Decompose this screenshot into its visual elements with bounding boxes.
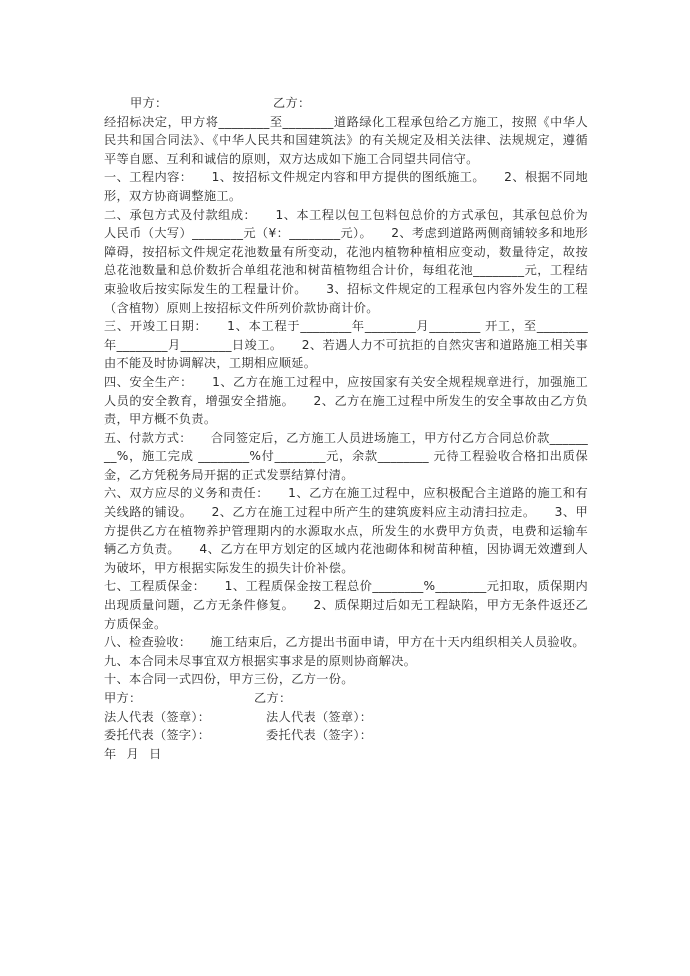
party-b-label: 乙方： — [273, 96, 310, 110]
signature-legal-rep-row: 法人代表（签章）： 法人代表（签章）： — [104, 708, 588, 727]
date-month: 月 — [127, 747, 140, 761]
section-3-schedule: 三、开竣工日期： 1、本工程于________年________月_______… — [104, 317, 588, 373]
agent-b: 委托代表（签字）： — [266, 726, 372, 745]
legal-rep-a: 法人代表（签章）： — [104, 708, 266, 727]
section-10-copies: 十、本合同一式四份，甲方三份，乙方一份。 — [104, 670, 588, 689]
section-8-inspection: 八、检查验收： 施工结束后，乙方提出书面申请，甲方在十天内组织相关人员验收。 — [104, 633, 588, 652]
parties-header: 甲方：乙方： — [104, 94, 588, 113]
date-year: 年 — [104, 747, 117, 761]
party-a-label: 甲方： — [130, 94, 273, 113]
signature-party-b: 乙方： — [254, 689, 291, 708]
section-1-work-content: 一、工程内容： 1、按招标文件规定内容和甲方提供的图纸施工。 2、根据不同地形，… — [104, 168, 588, 205]
date-day: 日 — [149, 747, 162, 761]
section-6-obligations: 六、双方应尽的义务和责任： 1、乙方在施工过程中，应积极配合主道路的施工和有关线… — [104, 484, 588, 577]
signature-date: 年月日 — [104, 745, 588, 764]
signature-parties-row: 甲方： 乙方： — [104, 689, 588, 708]
signature-agent-row: 委托代表（签字）： 委托代表（签字）： — [104, 726, 588, 745]
contract-document: 甲方：乙方： 经招标决定，甲方将________至________道路绿化工程承… — [104, 94, 588, 763]
legal-rep-b: 法人代表（签章）： — [266, 708, 372, 727]
signature-party-a: 甲方： — [104, 689, 254, 708]
preamble-paragraph: 经招标决定，甲方将________至________道路绿化工程承包给乙方施工，… — [104, 113, 588, 169]
agent-a: 委托代表（签字）： — [104, 726, 266, 745]
section-7-warranty: 七、工程质保金： 1、工程质保金按工程总价________%________元扣… — [104, 577, 588, 633]
section-2-contract-payment: 二、承包方式及付款组成： 1、本工程以包工包料包总价的方式承包，其承包总价为人民… — [104, 206, 588, 318]
section-4-safety: 四、安全生产： 1、乙方在施工过程中，应按国家有关安全规程规章进行，加强施工人员… — [104, 373, 588, 429]
section-5-payment-method: 五、付款方式： 合同签定后，乙方施工人员进场施工，甲方付乙方合同总价款_____… — [104, 429, 588, 485]
section-9-other-matters: 九、本合同未尽事宜双方根据实事求是的原则协商解决。 — [104, 652, 588, 671]
